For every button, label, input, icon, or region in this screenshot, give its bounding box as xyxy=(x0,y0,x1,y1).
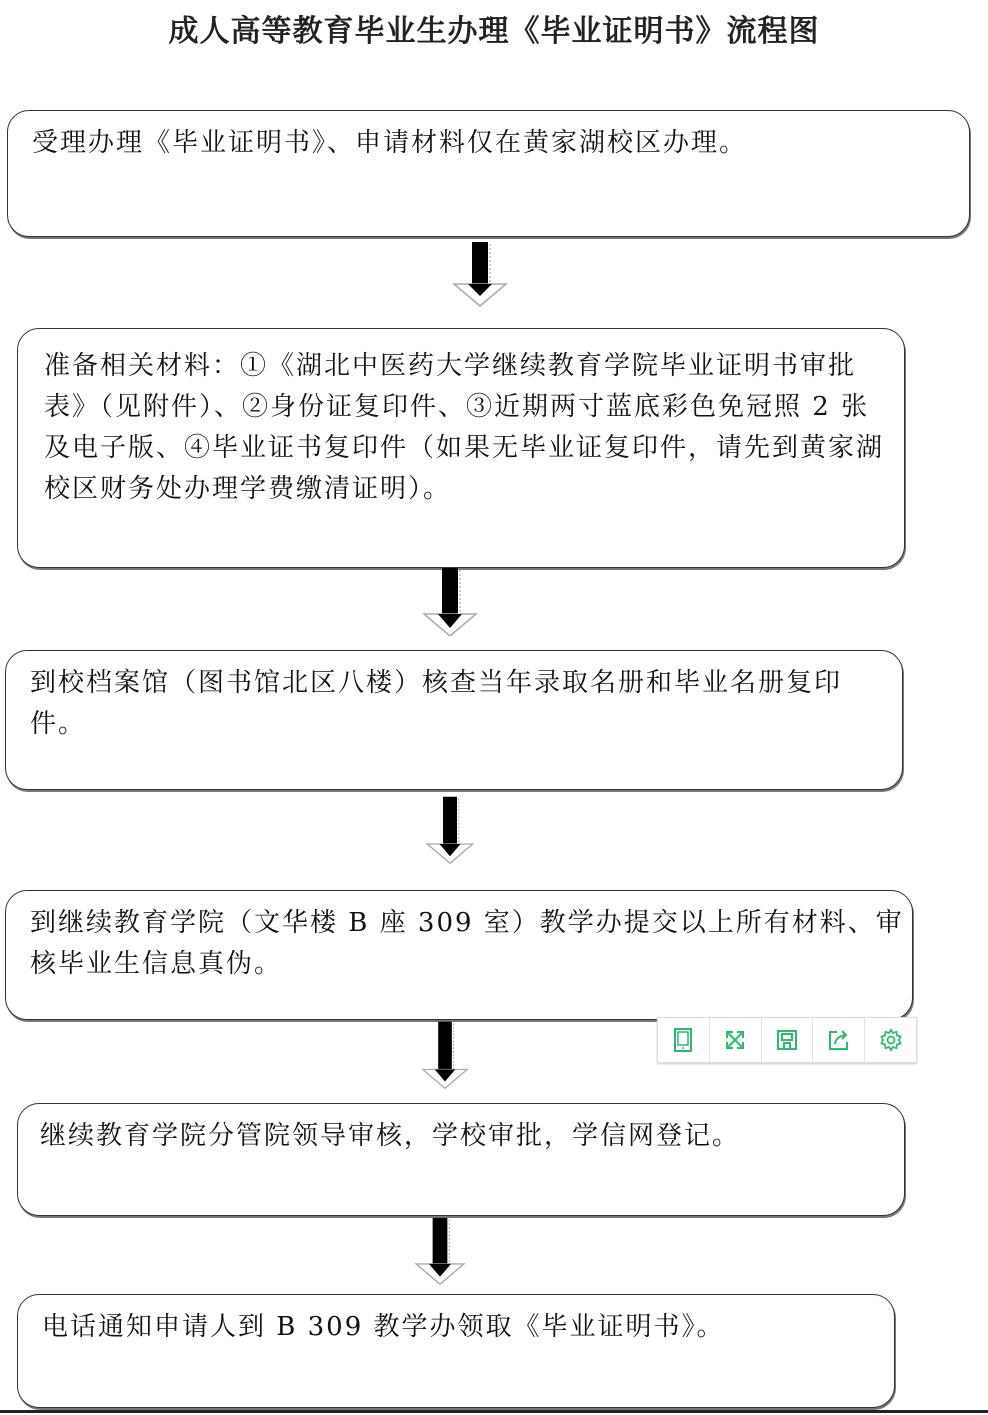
flow-step-1: 受理办理《毕业证明书》、申请材料仅在黄家湖校区办理。 xyxy=(7,110,970,237)
arrow-down-icon xyxy=(420,566,480,636)
fullscreen-icon xyxy=(723,1028,747,1052)
flow-step-4: 到继续教育学院（文华楼 B 座 309 室）教学办提交以上所有材料、审核毕业生信… xyxy=(5,890,913,1020)
share-button[interactable] xyxy=(813,1018,865,1062)
flow-step-text: 继续教育学院分管院领导审核，学校审批，学信网登记。 xyxy=(40,1116,890,1157)
tablet-view-button[interactable] xyxy=(658,1018,710,1062)
flow-step-6: 电话通知申请人到 B 309 教学办领取《毕业证明书》。 xyxy=(17,1294,895,1408)
page-title: 成人高等教育毕业生办理《毕业证明书》流程图 xyxy=(0,6,988,50)
floating-toolbar xyxy=(657,1017,917,1063)
flow-step-text: 受理办理《毕业证明书》、申请材料仅在黄家湖校区办理。 xyxy=(32,123,952,164)
arrow-down-icon xyxy=(420,795,480,865)
save-button[interactable] xyxy=(762,1018,814,1062)
flow-step-text: 准备相关材料：①《湖北中医药大学继续教育学院毕业证明书审批表》（见附件）、②身份… xyxy=(44,346,889,510)
flow-step-text: 电话通知申请人到 B 309 教学办领取《毕业证明书》。 xyxy=(42,1307,882,1348)
settings-button[interactable] xyxy=(865,1018,916,1062)
save-icon xyxy=(775,1028,799,1052)
share-icon xyxy=(827,1028,851,1052)
flow-step-text: 到继续教育学院（文华楼 B 座 309 室）教学办提交以上所有材料、审核毕业生信… xyxy=(30,903,910,985)
flow-step-text: 到校档案馆（图书馆北区八楼）核查当年录取名册和毕业名册复印件。 xyxy=(30,663,895,745)
flow-step-5: 继续教育学院分管院领导审核，学校审批，学信网登记。 xyxy=(17,1103,905,1216)
arrow-down-icon xyxy=(415,1020,475,1090)
flow-step-2: 准备相关材料：①《湖北中医药大学继续教育学院毕业证明书审批表》（见附件）、②身份… xyxy=(17,328,905,568)
arrow-down-icon xyxy=(410,1216,470,1286)
tablet-icon xyxy=(672,1027,694,1053)
page-bottom-border xyxy=(0,1410,988,1413)
fullscreen-button[interactable] xyxy=(710,1018,762,1062)
arrow-down-icon xyxy=(450,240,510,310)
flow-step-3: 到校档案馆（图书馆北区八楼）核查当年录取名册和毕业名册复印件。 xyxy=(5,650,903,790)
gear-icon xyxy=(879,1028,903,1052)
